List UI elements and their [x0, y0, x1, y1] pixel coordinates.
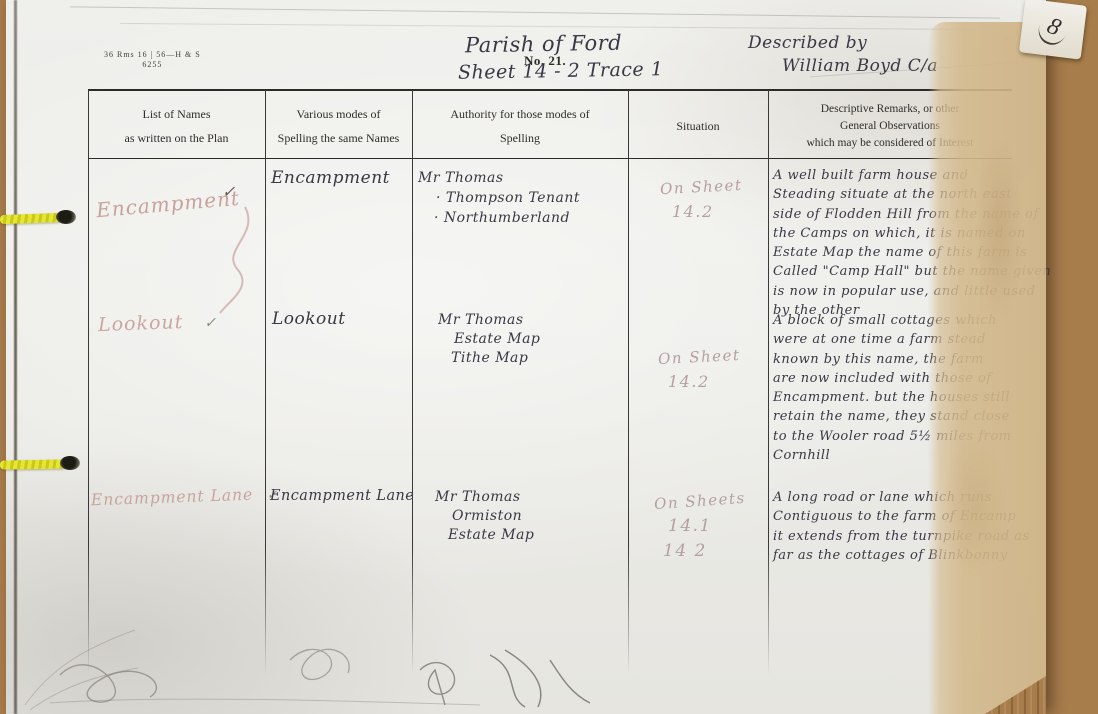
authority-line: Mr Thomas	[418, 168, 580, 188]
column-rule	[768, 90, 769, 675]
colhead-situation: Situation	[630, 96, 766, 156]
colhead-names: List of Names as written on the Plan	[90, 96, 263, 156]
binding-hole	[56, 210, 76, 224]
scanned-name-book-page: 36 Rms 16 | 56—H & S 6255 Parish of Ford…	[0, 0, 1098, 714]
authority-line: · Thompson Tenant	[436, 188, 580, 208]
row2-name: Lookout ✓	[98, 310, 218, 336]
authority-line: Mr Thomas	[438, 311, 540, 330]
folio-corner-tab: 8	[1019, 0, 1087, 60]
described-by-name: William Boyd C/a	[782, 56, 938, 76]
described-by-label: Described by	[748, 33, 867, 53]
authority-line: Mr Thomas	[435, 488, 534, 507]
stamp-line: 6255	[104, 60, 201, 70]
name-text: Lookout	[98, 311, 184, 336]
row1-spelling: Encampment	[271, 168, 390, 188]
row3-spelling: Encampment Lane	[270, 486, 414, 504]
authority-line: Estate Map	[454, 330, 540, 349]
colhead-line: Spelling the same Names	[278, 126, 400, 150]
row3-situation-number: 14.1	[668, 516, 712, 536]
column-rule	[412, 90, 413, 675]
stamp-line: 36 Rms 16 | 56—H & S	[104, 50, 201, 60]
colhead-line: General Observations	[840, 118, 940, 135]
row3-authority: Mr Thomas Ormiston Estate Map	[435, 488, 534, 545]
colhead-line: Situation	[676, 114, 719, 138]
folio-number: 8	[1034, 9, 1072, 48]
colhead-line: Authority for those modes of	[450, 102, 589, 126]
column-rule	[265, 90, 266, 675]
binding-thread	[0, 459, 66, 469]
colhead-authority: Authority for those modes of Spelling	[414, 96, 626, 156]
tape-stain-overlay	[928, 22, 1046, 714]
colhead-line: List of Names	[143, 102, 211, 126]
row1-situation-number: 14.2	[672, 202, 714, 221]
colhead-line: Various modes of	[297, 102, 381, 126]
binding-crease	[14, 0, 17, 714]
authority-line: Tithe Map	[451, 349, 540, 368]
colhead-line: as written on the Plan	[125, 126, 229, 150]
row1-checkmark: ✓	[222, 182, 236, 201]
row2-checkmark: ✓	[204, 315, 217, 331]
table-top-rule	[88, 89, 1012, 91]
row2-authority: Mr Thomas Estate Map Tithe Map	[438, 311, 540, 368]
binding-hole	[60, 456, 80, 470]
sheet-reference: Sheet 14 - 2 Trace 1	[458, 58, 664, 84]
ink-flourish	[190, 205, 280, 315]
row1-authority: Mr Thomas · Thompson Tenant · Northumber…	[418, 168, 580, 228]
colhead-spelling-modes: Various modes of Spelling the same Names	[267, 96, 410, 156]
row2-situation-number: 14.2	[668, 372, 710, 391]
authority-line: Estate Map	[448, 526, 534, 545]
colhead-line: Spelling	[500, 126, 540, 150]
column-rule	[628, 90, 629, 675]
corner-crease-lines	[20, 560, 140, 710]
authority-line: Ormiston	[452, 507, 534, 526]
printers-stamp: 36 Rms 16 | 56—H & S 6255	[104, 50, 201, 70]
row3-situation-number: 14 2	[663, 541, 707, 561]
row2-spelling: Lookout	[272, 309, 346, 329]
authority-line: · Northumberland	[434, 208, 580, 228]
header-bottom-rule	[88, 158, 1012, 159]
